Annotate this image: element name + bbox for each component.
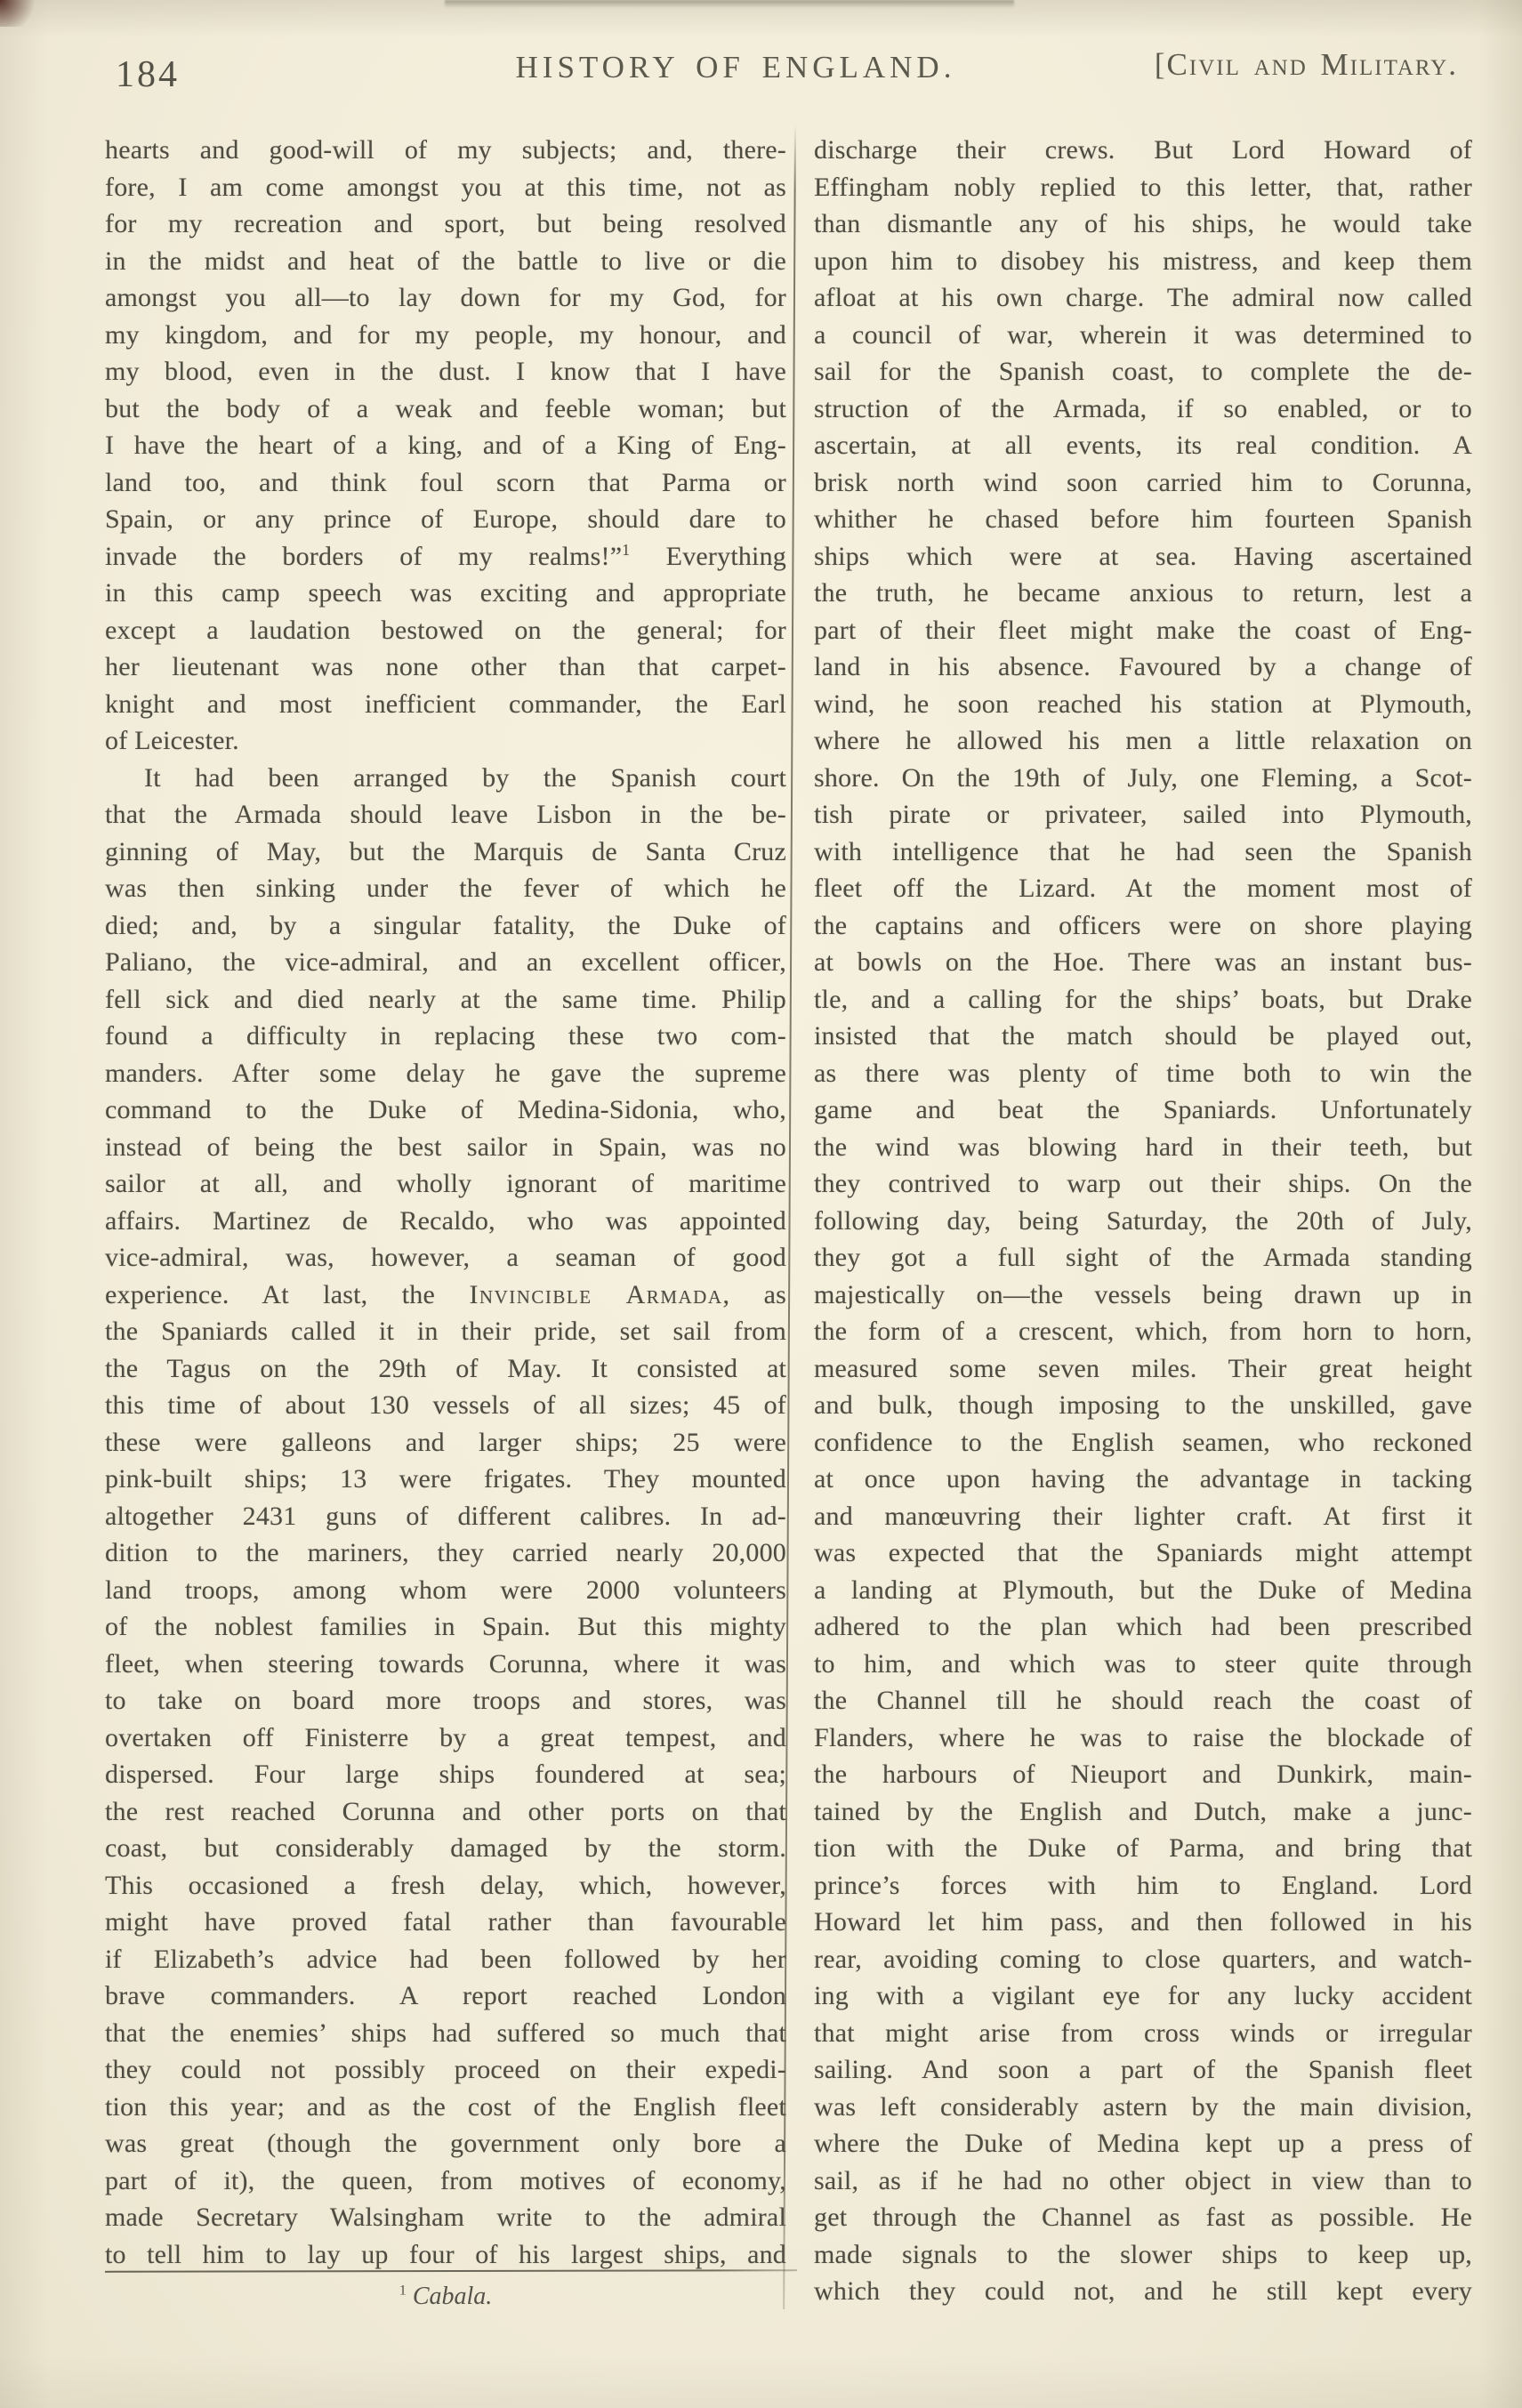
text-line: my blood, even in the dust. I know that … — [105, 353, 786, 391]
text-line: the wind was blowing hard in their teeth… — [814, 1129, 1472, 1166]
text-line: this time of about 130 vessels of all si… — [105, 1387, 786, 1424]
text-line: died; and, by a singular fatality, the D… — [105, 907, 786, 945]
text-line: dispersed. Four large ships foundered at… — [105, 1756, 786, 1793]
text-line: struction of the Armada, if so enabled, … — [814, 391, 1472, 428]
text-line: This occasioned a fresh delay, which, ho… — [105, 1867, 786, 1905]
book-page: 184 HISTORY OF ENGLAND. [Civil and Milit… — [0, 0, 1522, 2408]
text-line: manders. After some delay he gave the su… — [105, 1055, 786, 1092]
text-line: my kingdom, and for my people, my honour… — [105, 317, 786, 354]
text-line: these were galleons and larger ships; 25… — [105, 1424, 786, 1462]
text-line: instead of being the best sailor in Spai… — [105, 1129, 786, 1166]
text-line: part of it), the queen, from motives of … — [105, 2162, 786, 2200]
text-line: command to the Duke of Medina-Sidonia, w… — [105, 1091, 786, 1129]
text-line: wind, he soon reached his station at Ply… — [814, 686, 1472, 723]
text-line: Spain, or any prince of Europe, should d… — [105, 501, 786, 538]
text-line: following day, being Saturday, the 20th … — [814, 1203, 1472, 1240]
text-line: land troops, among whom were 2000 volunt… — [105, 1572, 786, 1609]
text-line: tle, and a calling for the ships’ boats,… — [814, 981, 1472, 1019]
text-line: if Elizabeth’s advice had been followed … — [105, 1941, 786, 1978]
text-line: the Spaniards called it in their pride, … — [105, 1313, 786, 1350]
text-line: which they could not, and he still kept … — [814, 2273, 1472, 2310]
text-line: ships which were at sea. Having ascertai… — [814, 538, 1472, 576]
text-line: fore, I am come amongst you at this time… — [105, 169, 786, 206]
footnote: 1 Cabala. — [105, 2283, 786, 2311]
text-line: amongst you all—to lay down for my God, … — [105, 279, 786, 317]
text-line: prince’s forces with him to England. Lor… — [814, 1867, 1472, 1905]
text-line: confidence to the English seamen, who re… — [814, 1424, 1472, 1462]
small-caps-text: Invincible Armada — [469, 1280, 722, 1309]
text-line: invade the borders of my realms!”1 Every… — [105, 538, 786, 576]
text-line: whither he chased before him fourteen Sp… — [814, 501, 1472, 538]
text-line: that the Armada should leave Lisbon in t… — [105, 796, 786, 834]
text-line: of Leicester. — [105, 722, 786, 760]
text-line: in the midst and heat of the battle to l… — [105, 243, 786, 280]
text-line: overtaken off Finisterre by a great temp… — [105, 1719, 786, 1757]
text-line: tion this year; and as the cost of the E… — [105, 2089, 786, 2126]
text-line: except a laudation bestowed on the gener… — [105, 612, 786, 649]
text-line: tion with the Duke of Parma, and bring t… — [814, 1830, 1472, 1867]
scan-edge-shadow — [445, 0, 1014, 8]
text-line: afloat at his own charge. The admiral no… — [814, 279, 1472, 317]
text-line: was expected that the Spaniards might at… — [814, 1534, 1472, 1572]
text-line: altogether 2431 guns of different calibr… — [105, 1498, 786, 1535]
text-line: dition to the mariners, they carried nea… — [105, 1534, 786, 1572]
text-line: tained by the English and Dutch, make a … — [814, 1793, 1472, 1831]
text-line: the harbours of Nieuport and Dunkirk, ma… — [814, 1756, 1472, 1793]
text-line: was left considerably astern by the main… — [814, 2089, 1472, 2126]
text-line: made signals to the slower ships to keep… — [814, 2236, 1472, 2274]
text-line: sail for the Spanish coast, to complete … — [814, 353, 1472, 391]
text-line: where the Duke of Medina kept up a press… — [814, 2125, 1472, 2162]
text-line: but the body of a weak and feeble woman;… — [105, 391, 786, 428]
left-column: hearts and good-will of my subjects; and… — [105, 132, 786, 2273]
text-line: where he allowed his men a little relaxa… — [814, 722, 1472, 760]
text-line: game and beat the Spaniards. Unfortunate… — [814, 1091, 1472, 1129]
running-section-label: [Civil and Military. — [960, 47, 1458, 83]
text-line: part of their fleet might make the coast… — [814, 612, 1472, 649]
text-line: the truth, he became anxious to return, … — [814, 575, 1472, 612]
text-line: ascertain, at all events, its real condi… — [814, 427, 1472, 464]
text-line: insisted that the match should be played… — [814, 1018, 1472, 1055]
text-line: ing with a vigilant eye for any lucky ac… — [814, 1977, 1472, 2015]
text-line: upon him to disobey his mistress, and ke… — [814, 243, 1472, 280]
text-line: tish pirate or privateer, sailed into Pl… — [814, 796, 1472, 834]
text-line: of the noblest families in Spain. But th… — [105, 1608, 786, 1646]
text-line: made Secretary Walsingham write to the a… — [105, 2199, 786, 2236]
text-line: with intelligence that he had seen the S… — [814, 834, 1472, 871]
text-line: than dismantle any of his ships, he woul… — [814, 205, 1472, 243]
text-line: measured some seven miles. Their great h… — [814, 1350, 1472, 1388]
text-line: sail, as if he had no other object in vi… — [814, 2162, 1472, 2200]
text-line: coast, but considerably damaged by the s… — [105, 1830, 786, 1867]
scan-corner-smudge — [0, 0, 41, 27]
text-line: land too, and think foul scorn that Parm… — [105, 464, 786, 502]
text-line: that the enemies’ ships had suffered so … — [105, 2015, 786, 2052]
text-line: Howard let him pass, and then followed i… — [814, 1904, 1472, 1941]
text-line: I have the heart of a king, and of a Kin… — [105, 427, 786, 464]
text-line: experience. At last, the Invincible Arma… — [105, 1276, 786, 1314]
text-line: the Tagus on the 29th of May. It consist… — [105, 1350, 786, 1388]
text-line: Effingham nobly replied to this letter, … — [814, 169, 1472, 206]
right-column: discharge their crews. But Lord Howard o… — [814, 132, 1472, 2310]
text-line: sailing. And soon a part of the Spanish … — [814, 2051, 1472, 2089]
text-line: to tell him to lay up four of his larges… — [105, 2236, 786, 2274]
page-number: 184 — [116, 53, 180, 96]
text-line: they could not possibly proceed on their… — [105, 2051, 786, 2089]
text-line: It had been arranged by the Spanish cour… — [105, 760, 786, 797]
text-line: the Channel till he should reach the coa… — [814, 1682, 1472, 1719]
text-line: land in his absence. Favoured by a chang… — [814, 648, 1472, 686]
text-line: the rest reached Corunna and other ports… — [105, 1793, 786, 1831]
text-line: pink-built ships; 13 were frigates. They… — [105, 1461, 786, 1498]
text-line: get through the Channel as fast as possi… — [814, 2199, 1472, 2236]
text-line: hearts and good-will of my subjects; and… — [105, 132, 786, 169]
text-line: to take on board more troops and stores,… — [105, 1682, 786, 1719]
text-line: to him, and which was to steer quite thr… — [814, 1646, 1472, 1683]
text-line: Flanders, where he was to raise the bloc… — [814, 1719, 1472, 1757]
text-line: a council of war, wherein it was determi… — [814, 317, 1472, 354]
text-line: was great (though the government only bo… — [105, 2125, 786, 2162]
text-line: might have proved fatal rather than favo… — [105, 1904, 786, 1941]
text-line: a landing at Plymouth, but the Duke of M… — [814, 1572, 1472, 1609]
text-line: for my recreation and sport, but being r… — [105, 205, 786, 243]
text-line: at once upon having the advantage in tac… — [814, 1461, 1472, 1498]
text-line: Paliano, the vice-admiral, and an excell… — [105, 944, 786, 981]
text-line: the captains and officers were on shore … — [814, 907, 1472, 945]
text-line: and manœuvring their lighter craft. At f… — [814, 1498, 1472, 1535]
text-line: they got a full sight of the Armada stan… — [814, 1239, 1472, 1276]
text-line: fleet off the Lizard. At the moment most… — [814, 870, 1472, 907]
text-line: as there was plenty of time both to win … — [814, 1055, 1472, 1092]
text-line: sailor at all, and wholly ignorant of ma… — [105, 1165, 786, 1203]
text-line: knight and most inefficient commander, t… — [105, 686, 786, 723]
text-line: vice-admiral, was, however, a seaman of … — [105, 1239, 786, 1276]
footnote-marker: 1 — [399, 2283, 407, 2299]
footnote-text: Cabala. — [413, 2283, 492, 2310]
text-line: discharge their crews. But Lord Howard o… — [814, 132, 1472, 169]
text-line: fleet, when steering towards Corunna, wh… — [105, 1646, 786, 1683]
text-line: and bulk, though imposing to the unskill… — [814, 1387, 1472, 1424]
text-line: brisk north wind soon carried him to Cor… — [814, 464, 1472, 502]
text-line: affairs. Martinez de Recaldo, who was ap… — [105, 1203, 786, 1240]
text-line: found a difficulty in replacing these tw… — [105, 1018, 786, 1055]
text-line: adhered to the plan which had been presc… — [814, 1608, 1472, 1646]
text-line: rear, avoiding coming to close quarters,… — [814, 1941, 1472, 1978]
text-line: her lieutenant was none other than that … — [105, 648, 786, 686]
text-line: in this camp speech was exciting and app… — [105, 575, 786, 612]
text-line: was then sinking under the fever of whic… — [105, 870, 786, 907]
text-line: shore. On the 19th of July, one Fleming,… — [814, 760, 1472, 797]
text-line: ginning of May, but the Marquis de Santa… — [105, 834, 786, 871]
text-line: fell sick and died nearly at the same ti… — [105, 981, 786, 1019]
text-line: brave commanders. A report reached Londo… — [105, 1977, 786, 2015]
text-line: they contrived to warp out their ships. … — [814, 1165, 1472, 1203]
text-line: the form of a crescent, which, from horn… — [814, 1313, 1472, 1350]
text-line: majestically on—the vessels being drawn … — [814, 1276, 1472, 1314]
text-line: at bowls on the Hoe. There was an instan… — [814, 944, 1472, 981]
footnote-reference-marker: 1 — [622, 541, 630, 559]
text-line: that might arise from cross winds or irr… — [814, 2015, 1472, 2052]
